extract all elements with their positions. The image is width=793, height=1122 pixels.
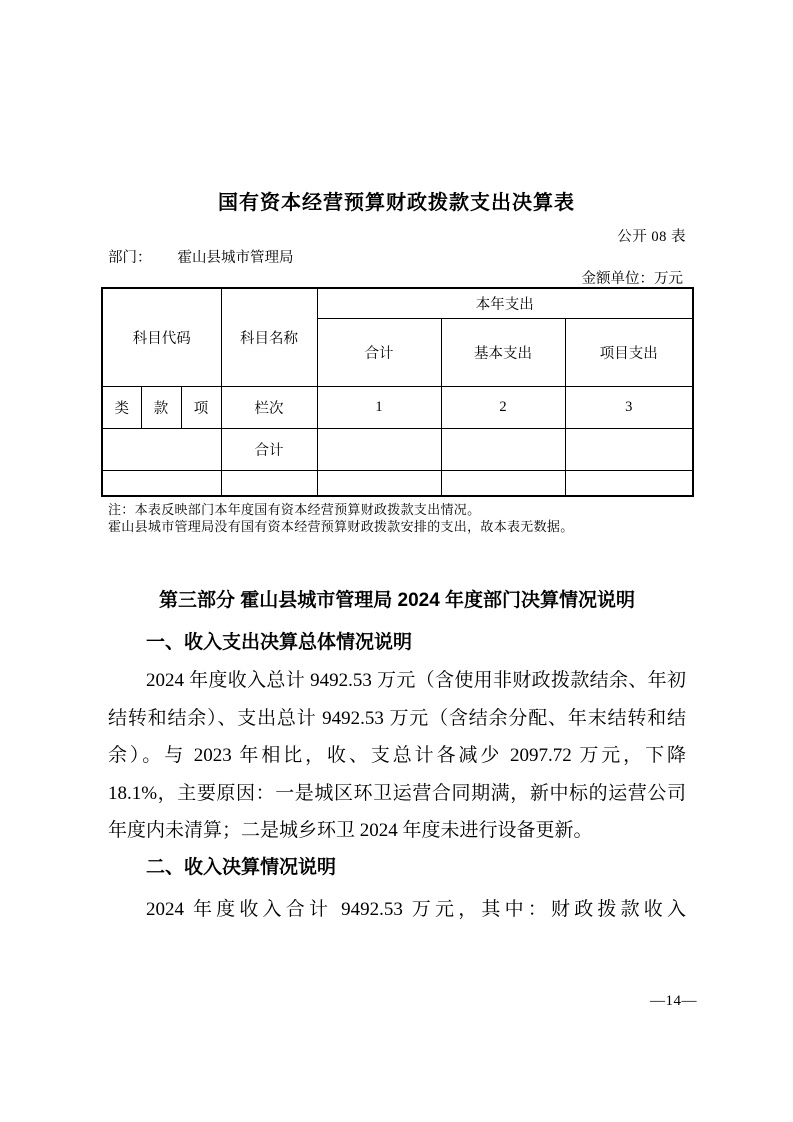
header-project-expenditure: 项目支出 xyxy=(565,318,693,386)
cell-name: 合计 xyxy=(221,428,317,470)
amount-unit-label: 金额单位：万元 xyxy=(582,267,684,288)
section1-paragraph: 2024 年度收入总计 9492.53 万元（含使用非财政拨款结余、年初结转和结… xyxy=(108,662,686,850)
table-column-index-row: 类 款 项 栏次 1 2 3 xyxy=(102,386,693,428)
header-total: 合计 xyxy=(317,318,441,386)
header-subject-name: 科目名称 xyxy=(221,288,317,386)
note-line-1: 注：本表反映部门本年度国有资本经营预算财政拨款支出情况。 xyxy=(108,501,574,518)
subheader-column-label: 栏次 xyxy=(221,386,317,428)
subheader-item: 项 xyxy=(181,386,221,428)
cell-project xyxy=(565,428,693,470)
note-line-2: 霍山县城市管理局没有国有资本经营预算财政拨款安排的支出，故本表无数据。 xyxy=(108,518,574,535)
subheader-category: 类 xyxy=(102,386,141,428)
department-label: 部门： xyxy=(108,250,152,266)
part3-heading: 第三部分 霍山县城市管理局 2024 年度部门决算情况说明 xyxy=(108,588,686,613)
cell-total xyxy=(317,470,441,496)
table-row-empty xyxy=(102,470,693,496)
expenditure-table: 科目代码 科目名称 本年支出 合计 基本支出 项目支出 类 款 项 栏次 1 2… xyxy=(101,287,694,497)
cell-basic xyxy=(441,428,565,470)
department-value: 霍山县城市管理局 xyxy=(178,250,294,266)
table-notes: 注：本表反映部门本年度国有资本经营预算财政拨款支出情况。 霍山县城市管理局没有国… xyxy=(108,501,574,535)
cell-code xyxy=(102,428,221,470)
document-page: 国有资本经营预算财政拨款支出决算表 公开 08 表 部门：霍山县城市管理局 金额… xyxy=(0,0,793,1122)
header-basic-expenditure: 基本支出 xyxy=(441,318,565,386)
section2-paragraph: 2024 年度收入合计 9492.53 万元，其中：财政拨款收入 xyxy=(108,891,686,929)
header-current-year-expenditure: 本年支出 xyxy=(317,288,693,318)
narrative-section: 第三部分 霍山县城市管理局 2024 年度部门决算情况说明 一、收入支出决算总体… xyxy=(108,588,686,928)
subheader-section: 款 xyxy=(141,386,181,428)
cell-name xyxy=(221,470,317,496)
section1-heading: 一、收入支出决算总体情况说明 xyxy=(108,630,686,655)
cell-basic xyxy=(441,470,565,496)
cell-total xyxy=(317,428,441,470)
section2-heading: 二、收入决算情况说明 xyxy=(108,855,686,880)
header-subject-code: 科目代码 xyxy=(102,288,221,386)
column-index-3: 3 xyxy=(565,386,693,428)
document-title: 国有资本经营预算财政拨款支出决算表 xyxy=(0,186,793,215)
page-number: —14— xyxy=(650,993,697,1010)
department-line: 部门：霍山县城市管理局 xyxy=(108,246,294,267)
form-number-label: 公开 08 表 xyxy=(617,225,686,246)
table-row-total: 合计 xyxy=(102,428,693,470)
column-index-2: 2 xyxy=(441,386,565,428)
cell-project xyxy=(565,470,693,496)
cell-code xyxy=(102,470,221,496)
table-header-row-1: 科目代码 科目名称 本年支出 xyxy=(102,288,693,318)
column-index-1: 1 xyxy=(317,386,441,428)
